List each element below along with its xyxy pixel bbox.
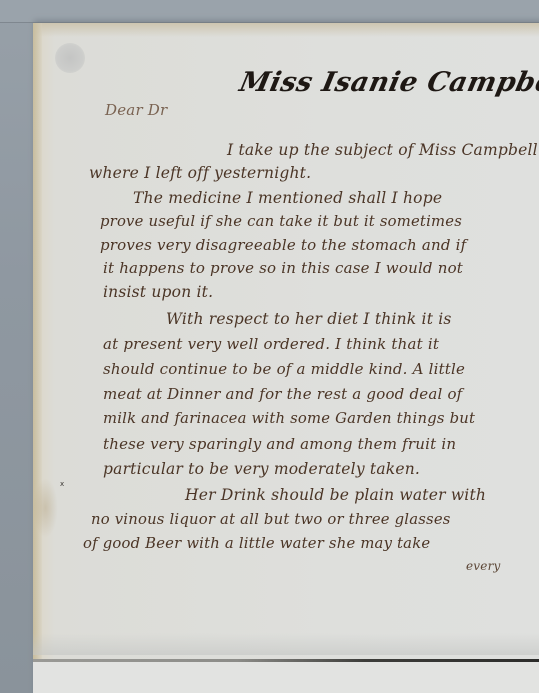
letter-line: it happens to prove so in this case I wo… <box>103 259 463 277</box>
letter-line: of good Beer with a little water she may… <box>83 535 430 552</box>
manuscript-page: x Miss Isanie Campbell Dear Dr I take up… <box>33 23 539 693</box>
foxing-stain <box>33 478 58 538</box>
letter-line: Her Drink should be plain water with <box>185 486 486 504</box>
letter-line: where I left off yesternight. <box>89 164 311 182</box>
letter-line: milk and farinacea with some Garden thin… <box>103 410 475 427</box>
letter-line: I take up the subject of Miss Campbell <box>227 141 538 159</box>
page-crease <box>33 633 539 655</box>
letter-heading: Miss Isanie Campbell <box>237 67 539 98</box>
letter-line: should continue to be of a middle kind. … <box>103 360 465 378</box>
letter-line: no vinous liquor at all but two or three… <box>91 511 451 528</box>
faded-stamp-mark <box>55 43 85 73</box>
letter-line: prove useful if she can take it but it s… <box>100 213 462 230</box>
letter-line: meat at Dinner and for the rest a good d… <box>103 385 462 403</box>
letter-line: particular to be very moderately taken. <box>103 460 420 478</box>
salutation: Dear Dr <box>105 101 167 119</box>
catchword: every <box>466 559 501 573</box>
letter-line: proves very disagreeable to the stomach … <box>100 236 466 254</box>
letter-line: insist upon it. <box>103 283 213 301</box>
page-left-edge-discoloration <box>33 23 42 693</box>
letter-line: these very sparingly and among them frui… <box>103 435 456 453</box>
folded-page-below <box>33 662 539 693</box>
letter-line: The medicine I mentioned shall I hope <box>133 189 442 207</box>
letter-line: With respect to her diet I think it is <box>166 310 452 328</box>
margin-mark: x <box>60 480 64 488</box>
letter-line: at present very well ordered. I think th… <box>103 335 439 353</box>
